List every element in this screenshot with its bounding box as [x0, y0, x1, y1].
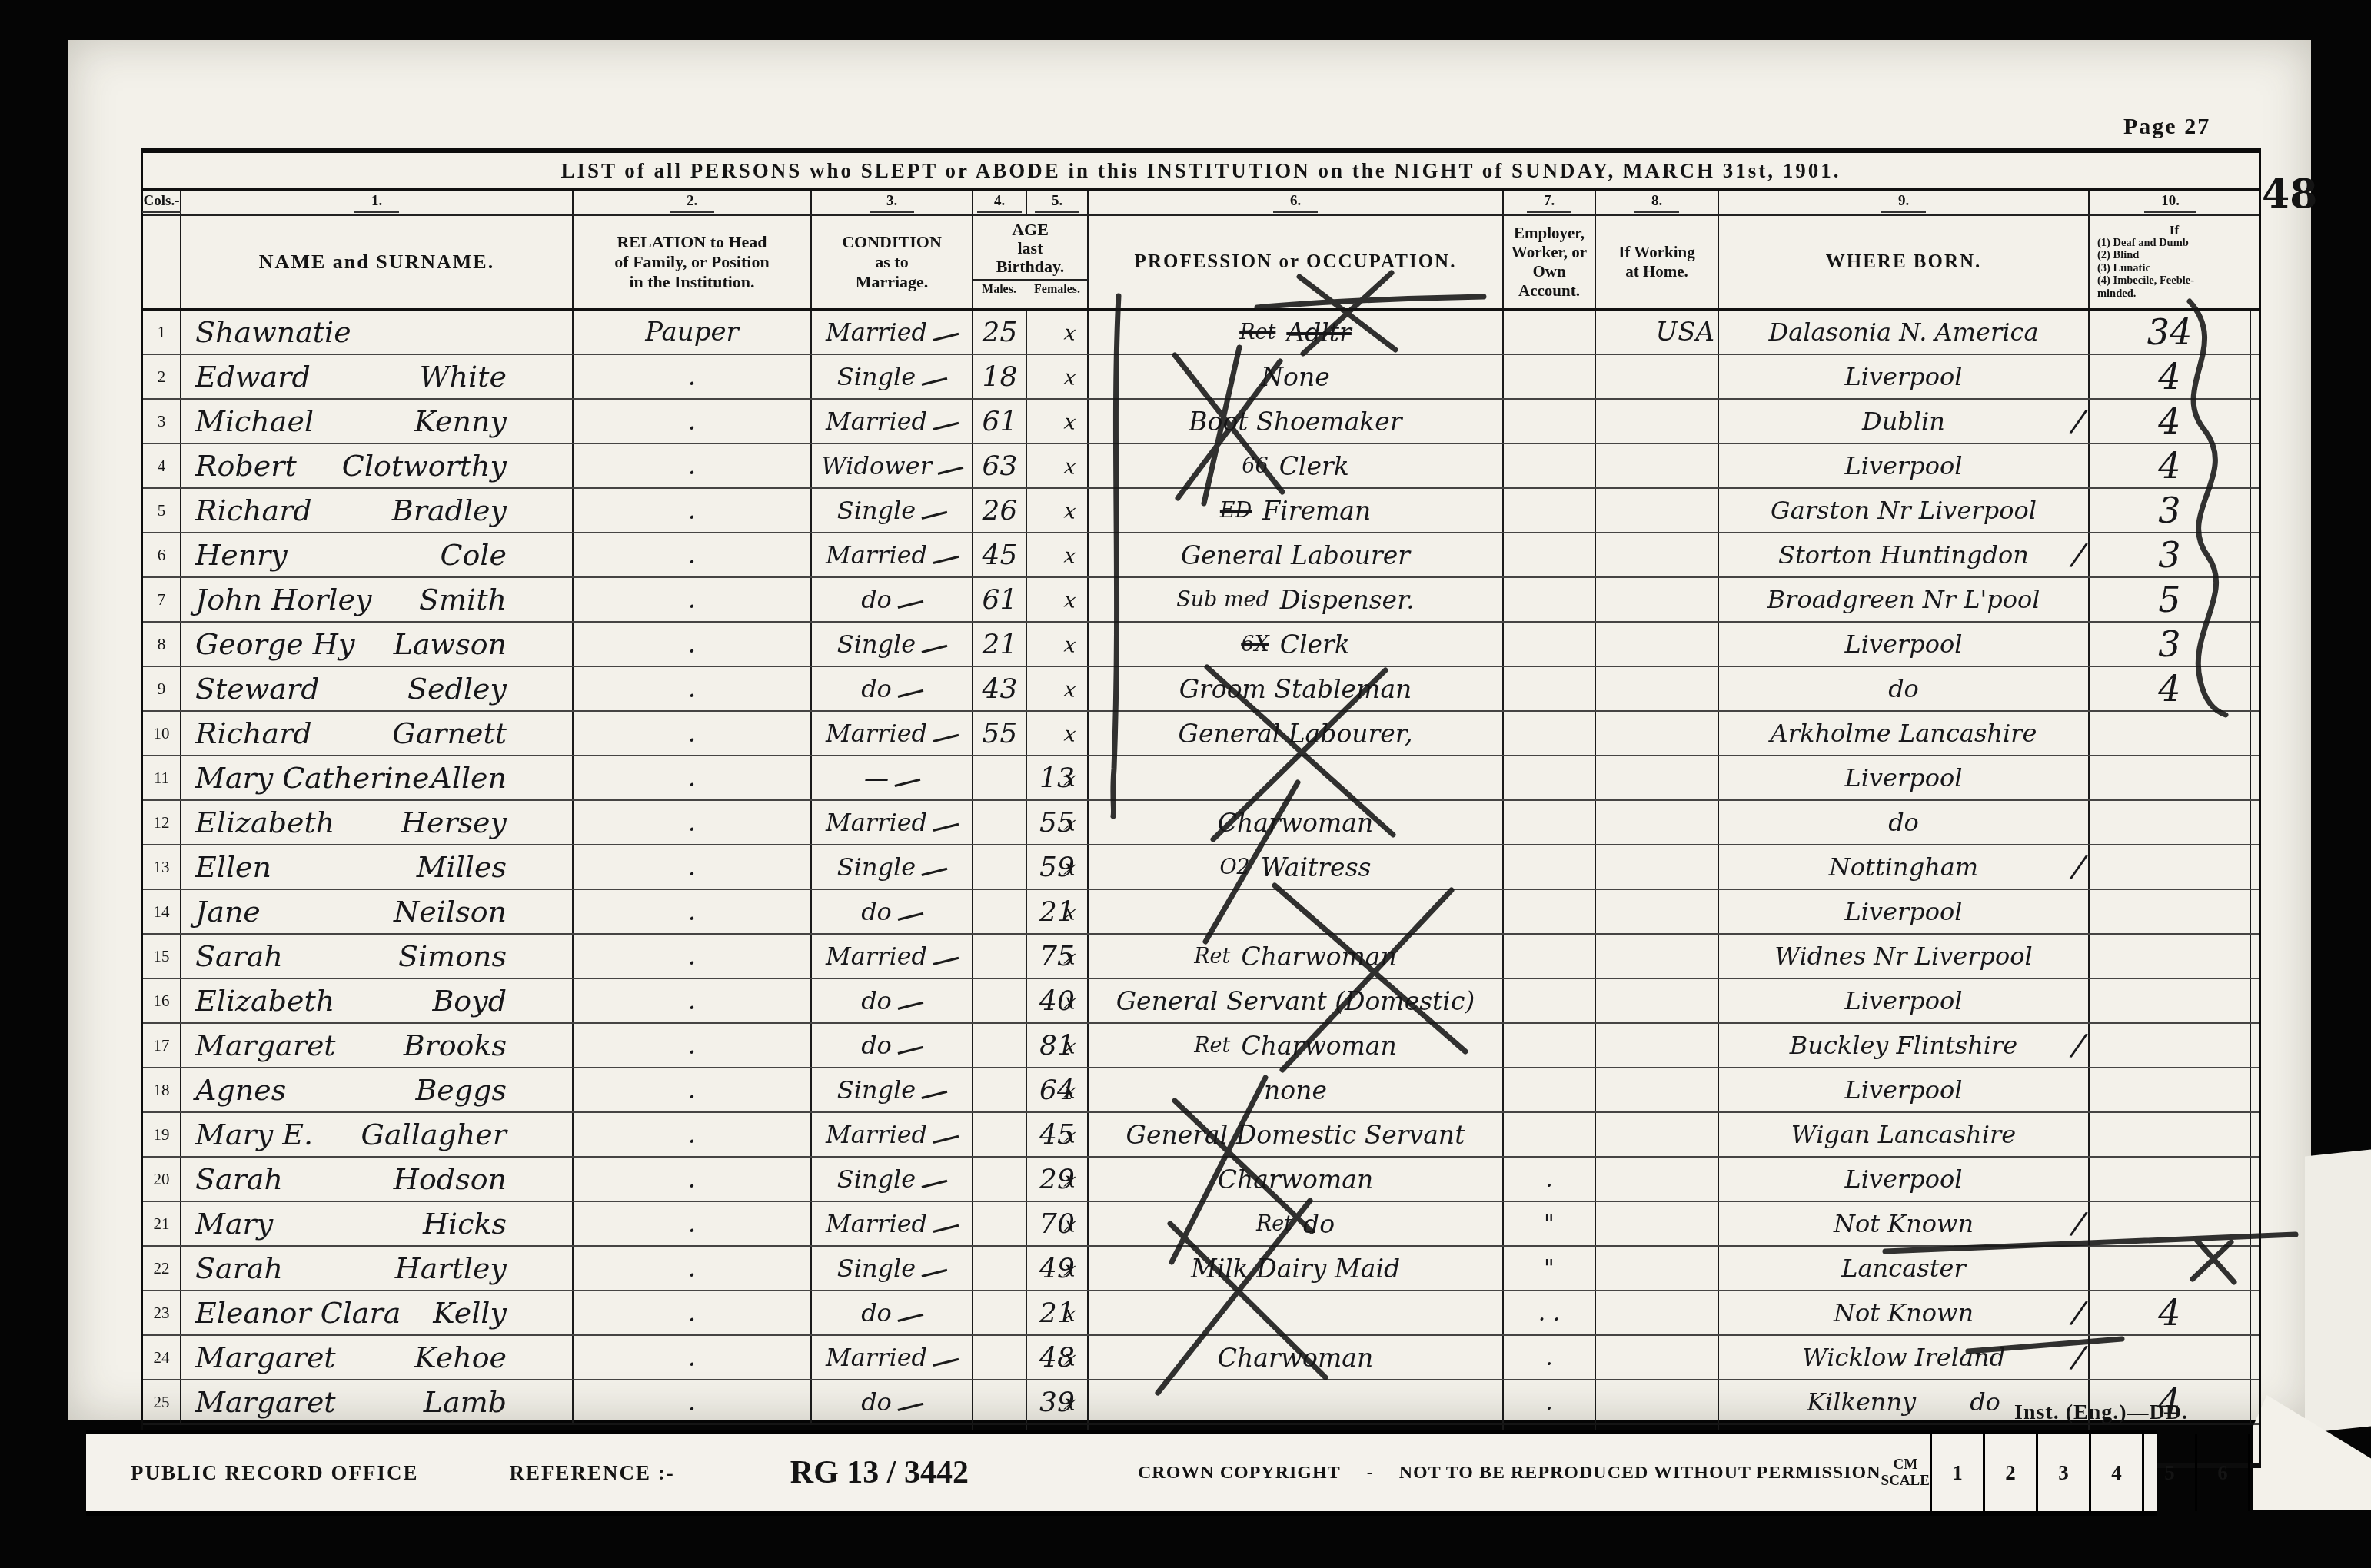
surname: Kenny — [414, 404, 507, 438]
relation-cell: . — [574, 1380, 812, 1423]
condition-value: Married — [826, 1120, 927, 1149]
surname: Lamb — [424, 1385, 507, 1419]
surname: Hicks — [423, 1207, 507, 1241]
surname: Sedley — [407, 672, 507, 706]
adjacent-page-edge — [2305, 1149, 2371, 1433]
employer-cell: . — [1504, 1336, 1596, 1379]
occupation-cell: Charwoman — [1089, 1158, 1504, 1201]
infirmity-cell — [2090, 979, 2251, 1022]
relation-cell: . — [574, 1024, 812, 1067]
table-row: 2EdwardWhite.Single18NoneLiverpool4x — [143, 355, 2259, 400]
row-number: 9 — [143, 667, 181, 710]
pen-flourish — [933, 1357, 959, 1366]
age-male-cell: 61 — [973, 400, 1027, 443]
row-number: 8 — [143, 623, 181, 666]
age-male-cell: 61 — [973, 578, 1027, 621]
age-female-cell — [1027, 355, 1089, 398]
name-cell: AgnesBeggs — [181, 1068, 574, 1111]
check-stroke: / — [2070, 849, 2086, 885]
scale-tick: 4 — [2091, 1434, 2144, 1511]
condition-cell: do — [812, 578, 973, 621]
occupation-cell: RetCharwoman — [1089, 935, 1504, 978]
occupation-value: Dispenser. — [1280, 585, 1415, 615]
tally-x-mark: x — [1062, 365, 1076, 390]
census-rows: 1ShawnatiePauperMarried25RetAdltrUSADala… — [143, 311, 2259, 1425]
tally-x-mark: x — [1062, 1168, 1076, 1192]
age-male-cell — [973, 756, 1027, 799]
first-name: Sarah — [195, 1251, 283, 1285]
working-at-home-cell — [1596, 935, 1719, 978]
tally-x-mark: x — [1062, 633, 1076, 657]
working-at-home-cell — [1596, 444, 1719, 487]
age-male-cell — [973, 1336, 1027, 1379]
age-female-cell: 49 — [1027, 1247, 1089, 1290]
employer-cell — [1504, 845, 1596, 889]
infirmity-cell — [2090, 1158, 2251, 1201]
folio-number: 48 — [2262, 171, 2317, 218]
name-cell: ElizabethHersey — [181, 801, 574, 844]
where-born-value: Nottingham — [1829, 852, 1978, 882]
condition-value: Married — [826, 540, 927, 570]
first-name: Eleanor Clara — [195, 1296, 401, 1330]
where-born-cell: Garston Nr Liverpool — [1719, 489, 2090, 532]
infirmity-cell: 3 — [2090, 623, 2251, 666]
pen-flourish — [933, 1224, 959, 1232]
column-number-row: Cols.- 1. 2. 3. 4. 5. 6. 7. 8. 9. 10. — [143, 191, 2259, 216]
condition-cell: Married — [812, 311, 973, 354]
condition-cell: Single — [812, 355, 973, 398]
age-male-cell — [973, 1291, 1027, 1334]
age-female-cell — [1027, 444, 1089, 487]
age-female-cell — [1027, 400, 1089, 443]
header-rowno — [143, 216, 181, 308]
header-age-title: AGE last Birthday. — [996, 216, 1065, 276]
check-stroke: / — [2070, 537, 2086, 573]
condition-value: Married — [826, 808, 927, 837]
occupation-value: General Domestic Servant — [1126, 1120, 1465, 1150]
working-at-home-cell — [1596, 623, 1719, 666]
copyright-label: CROWN COPYRIGHT — [1138, 1463, 1341, 1483]
first-name: Margaret — [195, 1340, 336, 1374]
employer-cell — [1504, 311, 1596, 354]
header-condition: CONDITION as to Marriage. — [812, 216, 973, 308]
surname: Hartley — [395, 1251, 507, 1285]
pen-flourish — [922, 510, 948, 519]
header-employer: Employer, Worker, or Own Account. — [1504, 216, 1596, 308]
where-born-cell: Widnes Nr Liverpool — [1719, 935, 2090, 978]
table-row: 13EllenMilles.Single59O2WaitressNottingh… — [143, 845, 2259, 890]
age-male-cell — [973, 890, 1027, 933]
col-number-4: 4. — [973, 191, 1027, 214]
row-number: 11 — [143, 756, 181, 799]
first-name: Robert — [195, 449, 297, 483]
header-infirmity-line: (4) Imbecile, Feeble- — [2097, 274, 2194, 287]
first-name: Sarah — [195, 939, 283, 973]
where-born-cell: Not Known/ — [1719, 1202, 2090, 1245]
where-born-value: Widnes Nr Liverpool — [1774, 942, 2033, 971]
where-born-cell: Nottingham/ — [1719, 845, 2090, 889]
relation-cell: . — [574, 1158, 812, 1201]
col-number-7: 7. — [1504, 191, 1596, 214]
relation-cell: . — [574, 1336, 812, 1379]
surname: White — [420, 360, 507, 394]
condition-value: Married — [826, 942, 927, 971]
where-born-ditto: do — [1970, 1387, 2000, 1417]
infirmity-cell: 3 — [2090, 489, 2251, 532]
name-cell: Shawnatie — [181, 311, 574, 354]
name-cell: EllenMilles — [181, 845, 574, 889]
employer-cell — [1504, 355, 1596, 398]
where-born-value: Liverpool — [1844, 897, 1962, 926]
header-age: AGE last Birthday. Males. Females. — [973, 216, 1089, 308]
condition-cell: do — [812, 979, 973, 1022]
occupation-cell: Charwoman — [1089, 801, 1504, 844]
first-name: Margaret — [195, 1385, 336, 1419]
occupation-cell: General Domestic Servant — [1089, 1113, 1504, 1156]
occupation-value: General Labourer — [1181, 540, 1410, 570]
employer-cell — [1504, 444, 1596, 487]
age-male-cell — [973, 979, 1027, 1022]
tally-x-mark: x — [1062, 543, 1076, 568]
header-relation: RELATION to Head of Family, or Position … — [574, 216, 812, 308]
employer-cell — [1504, 489, 1596, 532]
condition-value: Married — [826, 719, 927, 748]
check-stroke: / — [2070, 1205, 2086, 1241]
employer-cell — [1504, 578, 1596, 621]
condition-value: Single — [837, 496, 916, 525]
col-number-5: 5. — [1027, 191, 1089, 214]
pen-flourish — [933, 1134, 959, 1143]
tally-x-mark: x — [1062, 945, 1076, 969]
header-name: NAME and SURNAME. — [181, 216, 574, 308]
table-row: 24MargaretKehoe.Married48Charwoman.Wickl… — [143, 1336, 2259, 1380]
where-born-cell: Liverpool — [1719, 623, 2090, 666]
header-infirmity-line: (1) Deaf and Dumb — [2097, 237, 2189, 250]
column-header-row: NAME and SURNAME. RELATION to Head of Fa… — [143, 216, 2259, 311]
working-at-home-cell — [1596, 533, 1719, 576]
row-number: 6 — [143, 533, 181, 576]
condition-value: Single — [837, 630, 916, 659]
employer-cell — [1504, 400, 1596, 443]
occupation-cell: O2Waitress — [1089, 845, 1504, 889]
condition-value: Married — [826, 407, 927, 436]
header-occupation: PROFESSION or OCCUPATION. — [1089, 216, 1504, 308]
surname: Kehoe — [414, 1340, 507, 1374]
condition-cell: Married — [812, 1336, 973, 1379]
table-row: 22SarahHartley.Single49Milk Dairy Maid"L… — [143, 1247, 2259, 1291]
employer-cell — [1504, 890, 1596, 933]
table-row: 10RichardGarnett.Married55General Labour… — [143, 712, 2259, 756]
census-table: LIST of all PERSONS who SLEPT or ABODE i… — [141, 148, 2261, 1468]
employer-cell: . . — [1504, 1291, 1596, 1334]
relation-cell: . — [574, 578, 812, 621]
relation-cell: . — [574, 801, 812, 844]
infirmity-cell — [2090, 1202, 2251, 1245]
condition-value: Widower — [821, 451, 932, 480]
header-age-males: Males. — [973, 281, 1026, 297]
row-number: 19 — [143, 1113, 181, 1156]
condition-value: Married — [826, 1209, 927, 1238]
relation-cell: . — [574, 489, 812, 532]
surname: Garnett — [392, 716, 507, 750]
occupation-cell: Groom Stableman — [1089, 667, 1504, 710]
relation-cell: . — [574, 845, 812, 889]
name-cell: MargaretBrooks — [181, 1024, 574, 1067]
condition-value: do — [861, 1387, 892, 1417]
infirmity-cell — [2090, 1113, 2251, 1156]
tally-x-mark: x — [1062, 1078, 1076, 1103]
first-name: John Horley — [195, 583, 371, 616]
age-female-cell: 81 — [1027, 1024, 1089, 1067]
first-name: Mary E. — [195, 1118, 313, 1151]
table-row: 20SarahHodson.Single29Charwoman.Liverpoo… — [143, 1158, 2259, 1202]
table-row: 9StewardSedley.do43Groom Stablemando4x — [143, 667, 2259, 712]
employer-cell — [1504, 1024, 1596, 1067]
name-cell: RichardGarnett — [181, 712, 574, 755]
where-born-value: Liverpool — [1844, 986, 1962, 1015]
table-row: 11Mary CatherineAllen.—13Liverpoolx — [143, 756, 2259, 801]
occupation-value: Clerk — [1280, 630, 1350, 659]
age-male-cell — [973, 1202, 1027, 1245]
name-cell: SarahHartley — [181, 1247, 574, 1290]
surname: Milles — [417, 850, 507, 884]
name-cell: Mary E.Gallagher — [181, 1113, 574, 1156]
surname: Bradley — [392, 493, 507, 527]
name-cell: HenryCole — [181, 533, 574, 576]
first-name: Mary Catherine — [195, 761, 430, 795]
age-male-cell: 45 — [973, 533, 1027, 576]
cm-scale-label: CM SCALE — [1881, 1457, 1930, 1489]
relation-cell: . — [574, 1113, 812, 1156]
surname: Hersey — [401, 806, 507, 839]
age-female-cell — [1027, 489, 1089, 532]
relation-cell: . — [574, 935, 812, 978]
row-number: 13 — [143, 845, 181, 889]
where-born-value: Wicklow Ireland — [1802, 1343, 2005, 1372]
working-at-home-cell — [1596, 578, 1719, 621]
row-number: 1 — [143, 311, 181, 354]
table-row: 1ShawnatiePauperMarried25RetAdltrUSADala… — [143, 311, 2259, 355]
relation-cell: . — [574, 1291, 812, 1334]
check-stroke: / — [2070, 1027, 2086, 1063]
infirmity-cell: 3 — [2090, 533, 2251, 576]
condition-cell: Single — [812, 845, 973, 889]
occupation-cell — [1089, 1291, 1504, 1334]
working-at-home-cell — [1596, 1068, 1719, 1111]
pen-flourish — [933, 332, 959, 341]
occupation-cell — [1089, 756, 1504, 799]
age-male-cell — [973, 1380, 1027, 1423]
pen-flourish — [933, 956, 959, 965]
working-at-home-cell — [1596, 400, 1719, 443]
header-infirmity-line: minded. — [2097, 287, 2136, 301]
working-at-home-cell — [1596, 1247, 1719, 1290]
where-born-cell: Storton Huntingdon/ — [1719, 533, 2090, 576]
condition-cell: Married — [812, 801, 973, 844]
header-infirmity-line: (3) Lunatic — [2097, 262, 2150, 275]
table-row: 5RichardBradley.Single26EDFiremanGarston… — [143, 489, 2259, 533]
tally-x-mark: x — [1062, 1123, 1076, 1148]
surname: Kelly — [433, 1296, 507, 1330]
name-cell: RichardBradley — [181, 489, 574, 532]
row-number: 2 — [143, 355, 181, 398]
condition-cell: Married — [812, 400, 973, 443]
condition-value: Single — [837, 852, 916, 882]
name-cell: EdwardWhite — [181, 355, 574, 398]
row-number: 14 — [143, 890, 181, 933]
condition-cell: Single — [812, 1158, 973, 1201]
where-born-value: Buckley Flintshire — [1790, 1031, 2018, 1060]
working-at-home-cell — [1596, 979, 1719, 1022]
occupation-value: Adltr — [1286, 317, 1352, 347]
occupation-value: Charwoman — [1241, 1031, 1396, 1061]
table-row: 25MargaretLamb.do39.Kilkennydo4x — [143, 1380, 2259, 1425]
where-born-value: do — [1888, 674, 1919, 703]
row-number: 4 — [143, 444, 181, 487]
infirmity-cell — [2090, 845, 2251, 889]
pen-flourish — [933, 421, 959, 430]
working-at-home-cell — [1596, 1380, 1719, 1423]
occupation-cell: Boot Shoemaker — [1089, 400, 1504, 443]
occupation-value: Charwoman — [1218, 1164, 1373, 1194]
surname: Hodson — [394, 1162, 507, 1196]
scale-tick: 5 — [2144, 1434, 2197, 1511]
row-number: 10 — [143, 712, 181, 755]
occupation-cell: Charwoman — [1089, 1336, 1504, 1379]
tally-x-mark: x — [1062, 989, 1076, 1014]
table-row: 4RobertClotworthy.Widower6366ClerkLiverp… — [143, 444, 2259, 489]
pen-flourish — [933, 822, 959, 831]
condition-value: Married — [826, 1343, 927, 1372]
condition-cell: Single — [812, 489, 973, 532]
working-at-home-cell — [1596, 845, 1719, 889]
col-number-1: 1. — [181, 191, 574, 214]
pen-flourish — [922, 1268, 948, 1277]
name-cell: John HorleySmith — [181, 578, 574, 621]
working-at-home-cell — [1596, 712, 1719, 755]
occupation-value: General Labourer, — [1179, 719, 1413, 749]
header-age-females: Females. — [1026, 281, 1088, 297]
first-name: Mary — [195, 1207, 273, 1241]
pen-flourish — [922, 1090, 948, 1098]
first-name: Edward — [195, 360, 311, 394]
occupation-annotation: Sub med — [1176, 588, 1269, 612]
where-born-value: Dalasonia N. America — [1768, 317, 2038, 347]
age-female-cell: 45 — [1027, 1113, 1089, 1156]
age-female-cell: 75 — [1027, 935, 1089, 978]
infirmity-cell: 4 — [2090, 355, 2251, 398]
pen-flourish — [897, 689, 923, 697]
infirmity-cell: 4 — [2090, 444, 2251, 487]
working-at-home-cell — [1596, 801, 1719, 844]
age-female-cell: 59 — [1027, 845, 1089, 889]
working-at-home-cell — [1596, 667, 1719, 710]
condition-value: do — [861, 1031, 892, 1060]
header-infirmity: If (1) Deaf and Dumb(2) Blind(3) Lunatic… — [2090, 216, 2251, 308]
age-female-cell — [1027, 311, 1089, 354]
occupation-cell: RetCharwoman — [1089, 1024, 1504, 1067]
relation-cell: . — [574, 1068, 812, 1111]
tally-x-mark: x — [1062, 677, 1076, 702]
where-born-value: Garston Nr Liverpool — [1771, 496, 2037, 525]
condition-cell: Single — [812, 623, 973, 666]
age-male-cell: 18 — [973, 355, 1027, 398]
where-born-cell: Lancaster — [1719, 1247, 2090, 1290]
tally-x-mark: x — [1062, 410, 1076, 434]
condition-cell: do — [812, 1380, 973, 1423]
age-female-cell — [1027, 667, 1089, 710]
occupation-cell: General Labourer, — [1089, 712, 1504, 755]
name-cell: MichaelKenny — [181, 400, 574, 443]
first-name: Shawnatie — [195, 315, 351, 349]
col-number-8: 8. — [1596, 191, 1719, 214]
condition-value: do — [861, 674, 892, 703]
first-name: Richard — [195, 493, 312, 527]
name-cell: George HyLawson — [181, 623, 574, 666]
infirmity-cell — [2090, 1024, 2251, 1067]
occupation-value: General Servant (Domestic) — [1116, 986, 1475, 1016]
where-born-value: Not Known — [1834, 1298, 1974, 1327]
age-male-cell: 25 — [973, 311, 1027, 354]
age-male-cell: 55 — [973, 712, 1027, 755]
col-number-3: 3. — [812, 191, 973, 214]
surname: Boyd — [432, 984, 507, 1018]
table-row: 7John HorleySmith.do61Sub medDispenser.B… — [143, 578, 2259, 623]
relation-cell: . — [574, 1202, 812, 1245]
age-male-cell: 63 — [973, 444, 1027, 487]
age-female-cell — [1027, 578, 1089, 621]
occupation-annotation: Ret — [1194, 1034, 1230, 1058]
occupation-value: Clerk — [1279, 451, 1349, 481]
first-name: Sarah — [195, 1162, 283, 1196]
age-male-cell — [973, 1158, 1027, 1201]
relation-cell: . — [574, 1247, 812, 1290]
working-at-home-cell — [1596, 1336, 1719, 1379]
occupation-cell: RetAdltr — [1089, 311, 1504, 354]
infirmity-cell — [2090, 1068, 2251, 1111]
row-number: 3 — [143, 400, 181, 443]
name-cell: RobertClotworthy — [181, 444, 574, 487]
name-cell: ElizabethBoyd — [181, 979, 574, 1022]
table-row: 17MargaretBrooks.do81RetCharwomanBuckley… — [143, 1024, 2259, 1068]
employer-cell — [1504, 1113, 1596, 1156]
row-number: 15 — [143, 935, 181, 978]
tally-x-mark: x — [1062, 1301, 1076, 1326]
employer-cell: . — [1504, 1158, 1596, 1201]
relation-cell: . — [574, 533, 812, 576]
where-born-value: Arkholme Lancashire — [1771, 719, 2037, 748]
infirmity-cell — [2090, 712, 2251, 755]
table-row: 21MaryHicks.Married70Retdo"Not Known/x — [143, 1202, 2259, 1247]
col-number-6: 6. — [1089, 191, 1504, 214]
check-stroke: / — [2070, 1339, 2086, 1375]
condition-value: Married — [826, 317, 927, 347]
table-row: 12ElizabethHersey.Married55Charwomandox — [143, 801, 2259, 845]
employer-cell: " — [1504, 1247, 1596, 1290]
occupation-annotation: O2 — [1219, 855, 1249, 879]
surname: Simons — [398, 939, 507, 973]
tally-x-mark: x — [1062, 811, 1076, 835]
cm-scale-ruler: 1 2 3 4 5 6 — [1930, 1434, 2250, 1511]
occupation-annotation: Ret — [1239, 321, 1275, 344]
working-at-home-cell — [1596, 355, 1719, 398]
pen-flourish — [922, 377, 948, 385]
where-born-cell: Dalasonia N. America — [1719, 311, 2090, 354]
infirmity-cell — [2090, 1336, 2251, 1379]
where-born-cell: Liverpool — [1719, 1068, 2090, 1111]
pen-flourish — [897, 1313, 923, 1321]
relation-cell: . — [574, 756, 812, 799]
